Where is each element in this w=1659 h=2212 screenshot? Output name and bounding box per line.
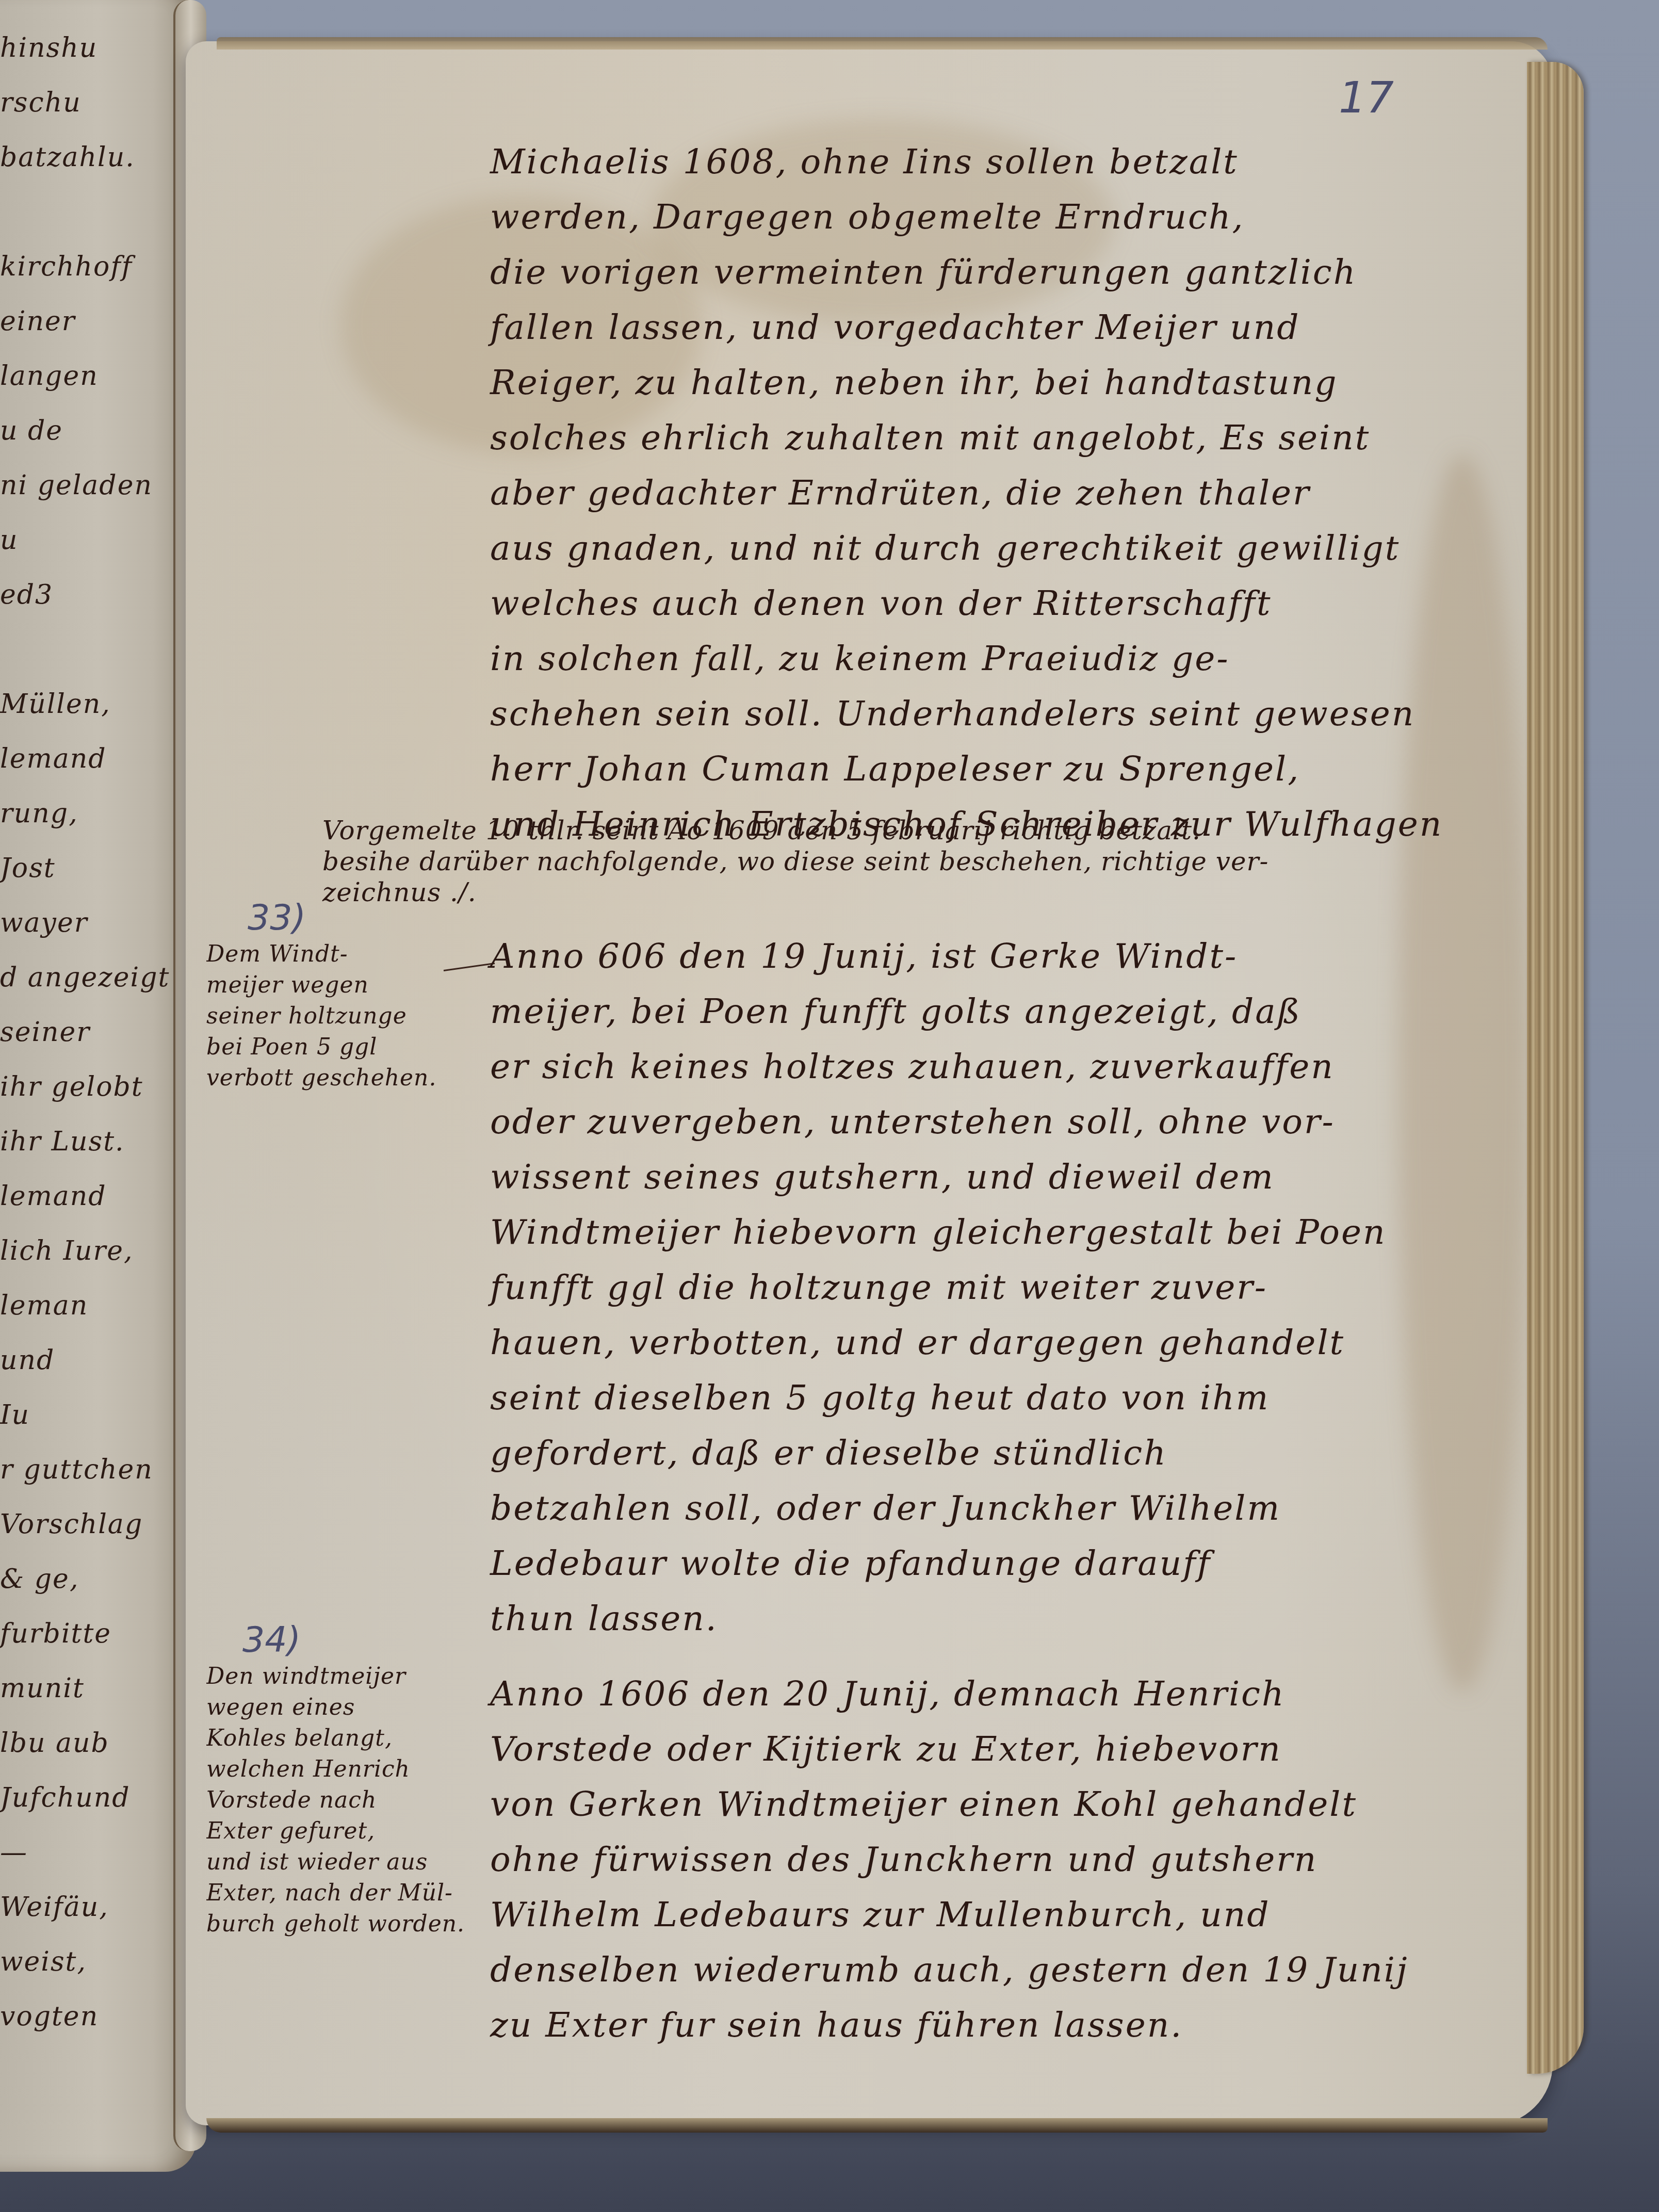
left-page-fragment: Vorschlag [0,1497,186,1552]
text-line: werden, Dargegen obgemelte Erndruch, [490,189,1511,245]
left-page-fragment: Iu [0,1388,186,1442]
text-line: ohne fürwissen des Junckhern und gutsher… [490,1832,1511,1887]
text-line: gefordert, daß er dieselbe stündlich [490,1425,1511,1481]
left-page-fragment: u [0,513,186,567]
page-top-edge [217,37,1548,50]
entry-number-34: 34) [242,1620,301,1661]
margin-line: und ist wieder aus [206,1847,485,1878]
left-page-fragment [0,185,186,239]
text-line: wissent seines gutshern, und dieweil dem [490,1149,1511,1205]
text-line: oder zuvergeben, unterstehen soll, ohne … [490,1094,1511,1149]
text-line: schehen sein soll. Underhandelers seint … [490,686,1511,741]
text-line: betzahlen soll, oder der Junckher Wilhel… [490,1481,1511,1536]
left-page-fragment: rschu [0,75,186,130]
text-line: welches auch denen von der Ritterschafft [490,576,1511,631]
text-line: funfft ggl die holtzunge mit weiter zuve… [490,1260,1511,1315]
margin-note-entry-34: Den windtmeijer wegen eines Kohles belan… [206,1661,485,1940]
margin-line: burch geholt worden. [206,1909,485,1940]
left-page-fragment: lemand [0,1169,186,1224]
margin-line: Kohles belangt, [206,1723,485,1754]
text-line: Vorstede oder Kijtierk zu Exter, hiebevo… [490,1721,1511,1777]
left-page-fragment: Jost [0,841,186,896]
left-page-fragment: langen [0,349,186,403]
margin-line: bei Poen 5 ggl [206,1032,485,1063]
text-line: er sich keines holtzes zuhauen, zuverkau… [490,1039,1511,1094]
left-page-fragment: kirchhoff [0,239,186,294]
text-line: solches ehrlich zuhalten mit angelobt, E… [490,410,1511,465]
margin-line: seiner holtzunge [206,1001,485,1032]
left-page-fragment: ed3 [0,567,186,622]
text-line: zu Exter fur sein haus führen lassen. [490,1997,1511,2053]
folio-number: 17 [1339,72,1394,123]
text-line: fallen lassen, und vorgedachter Meijer u… [490,300,1511,355]
left-page-fragment: & ge, [0,1552,186,1606]
margin-line: Dem Windt- [206,939,485,970]
left-page-fragment: batzahlu. [0,130,186,185]
left-page-fragment: und [0,1333,186,1388]
text-line: Reiger, zu halten, neben ihr, bei handta… [490,355,1511,410]
margin-line: Den windtmeijer [206,1661,485,1692]
text-line: meijer, bei Poen funfft golts angezeigt,… [490,984,1511,1039]
left-page-text: hinshurschubatzahlu.kirchhoffeinerlangen… [0,21,186,2044]
text-line: Ledebaur wolte die pfandunge darauff [490,1536,1511,1591]
entry-33-text: Anno 606 den 19 Junij, ist Gerke Windt- … [490,929,1511,1646]
left-page-fragment: ihr gelobt [0,1060,186,1114]
margin-line: verbott geschehen. [206,1063,485,1094]
note-line: besihe darüber nachfolgende, wo diese se… [322,846,1509,877]
left-page-fragment: seiner [0,1005,186,1060]
left-page-fragment: Müllen, [0,677,186,731]
left-page-fragment: ni geladen [0,458,186,513]
left-page-fragment: r guttchen [0,1442,186,1497]
text-line: hauen, verbotten, und er dargegen gehand… [490,1315,1511,1370]
entry-number-33: 33) [248,898,306,938]
entry-34-text: Anno 1606 den 20 Junij, demnach Henrich … [490,1666,1511,2053]
margin-note-entry-33: Dem Windt- meijer wegen seiner holtzunge… [206,939,485,1094]
settlement-note: Vorgemelte 10 thlr. seint Ao 1609 den 5 … [322,815,1509,908]
text-line: die vorigen vermeinten fürderungen gantz… [490,245,1511,300]
left-page-fragment: wayer [0,896,186,950]
margin-line: Exter, nach der Mül- [206,1878,485,1909]
text-line: Michaelis 1608, ohne Iins sollen betzalt [490,134,1511,189]
text-line: Windtmeijer hiebevorn gleichergestalt be… [490,1205,1511,1260]
text-line: aus gnaden, und nit durch gerechtikeit g… [490,521,1511,576]
left-page-fragment: d angezeigt [0,950,186,1005]
text-line: herr Johan Cuman Lappeleser zu Sprengel, [490,741,1511,796]
margin-line: wegen eines [206,1692,485,1723]
left-page-fragment: vogten [0,1989,186,2044]
left-facing-page: hinshurschubatzahlu.kirchhoffeinerlangen… [0,0,196,2172]
note-line: Vorgemelte 10 thlr. seint Ao 1609 den 5 … [322,815,1509,846]
text-line: seint dieselben 5 goltg heut dato von ih… [490,1370,1511,1425]
note-line: zeichnus ./. [322,877,1509,908]
left-page-fragment: rung, [0,786,186,841]
manuscript-page: 17 Michaelis 1608, ohne Iins sollen betz… [186,41,1553,2125]
left-page-fragment: einer [0,294,186,349]
left-page-fragment: — [0,1825,186,1880]
left-page-fragment: ihr Lust. [0,1114,186,1169]
left-page-fragment: lemand [0,731,186,786]
left-page-fragment: leman [0,1278,186,1333]
text-line: Anno 1606 den 20 Junij, demnach Henrich [490,1666,1511,1721]
text-line: Wilhelm Ledebaurs zur Mullenburch, und [490,1887,1511,1942]
text-line: Anno 606 den 19 Junij, ist Gerke Windt- [490,929,1511,984]
left-page-fragment: Jufchund [0,1770,186,1825]
text-line: denselben wiederumb auch, gestern den 19… [490,1942,1511,1997]
left-page-fragment: furbitte [0,1606,186,1661]
page-fore-edge [1527,62,1584,2074]
left-page-fragment: lich Iure, [0,1224,186,1278]
margin-line: welchen Henrich [206,1754,485,1785]
margin-line: Exter gefuret, [206,1816,485,1847]
text-line: in solchen fall, zu keinem Praeiudiz ge- [490,631,1511,686]
text-line: von Gerken Windtmeijer einen Kohl gehand… [490,1777,1511,1832]
margin-line: Vorstede nach [206,1785,485,1816]
continued-entry: Michaelis 1608, ohne Iins sollen betzalt… [490,134,1511,852]
left-page-fragment: lbu aub [0,1716,186,1770]
left-page-fragment: u de [0,403,186,458]
left-page-fragment [0,622,186,677]
left-page-fragment: weist, [0,1934,186,1989]
page-bottom-edge [206,2118,1548,2133]
left-page-fragment: munit [0,1661,186,1716]
text-line: aber gedachter Erndrüten, die zehen thal… [490,465,1511,521]
margin-line: meijer wegen [206,970,485,1001]
left-page-fragment: Weifäu, [0,1880,186,1934]
text-line: thun lassen. [490,1591,1511,1646]
left-page-fragment: hinshu [0,21,186,75]
